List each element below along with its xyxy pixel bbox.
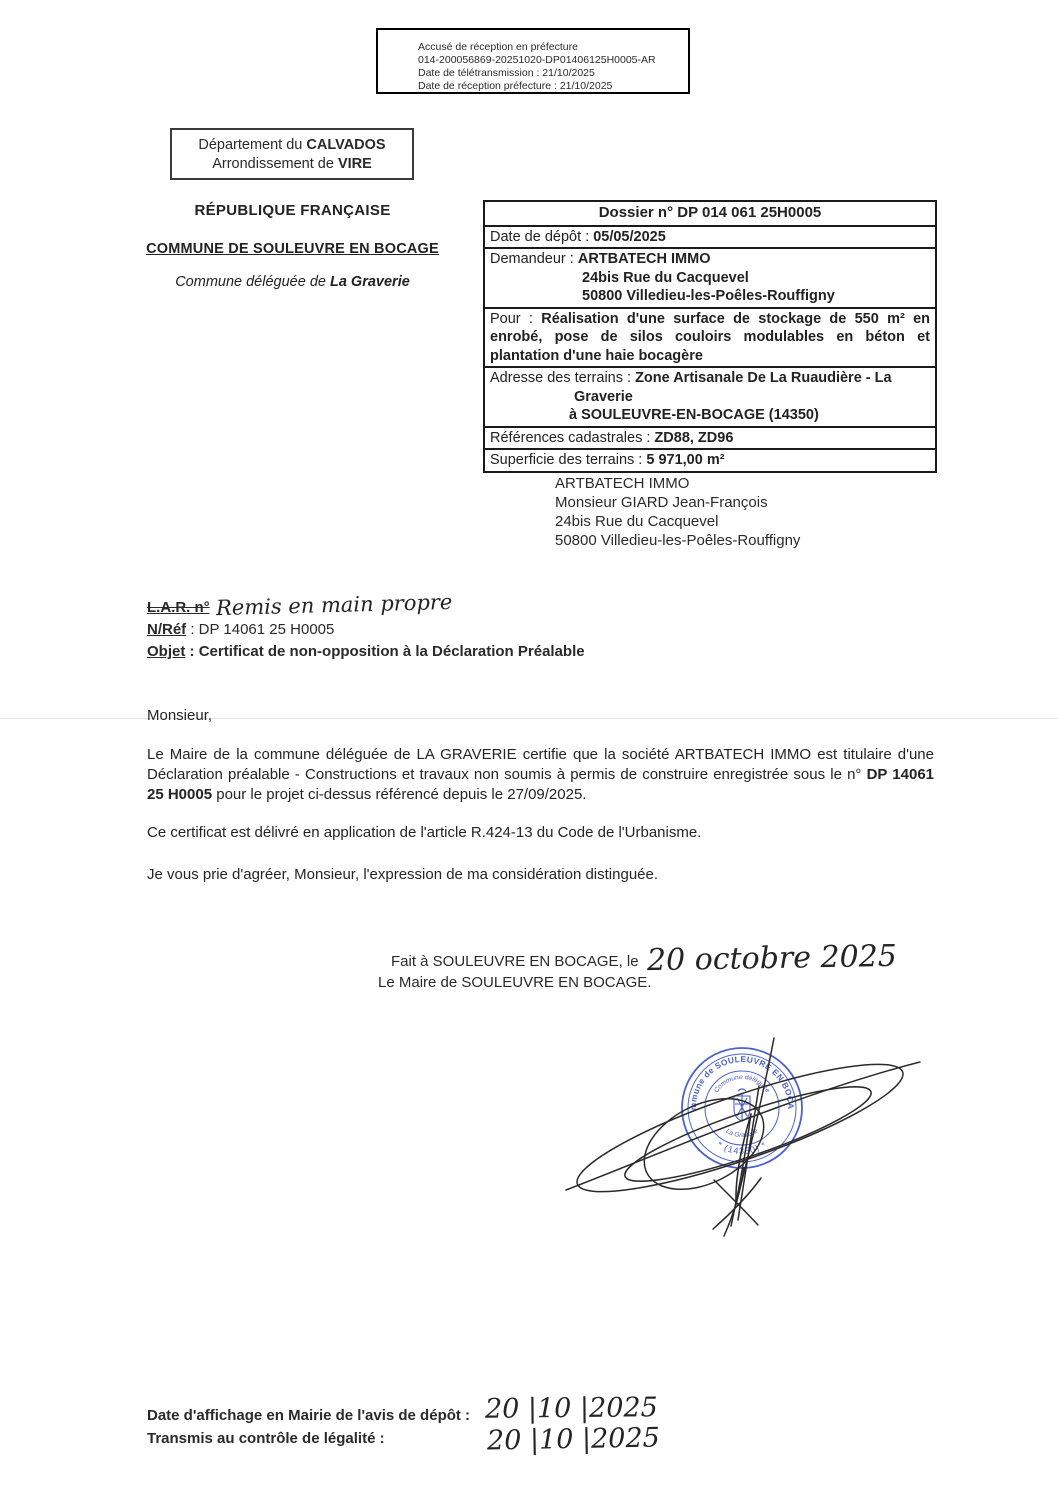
dossier-depot-row: Date de dépôt : 05/05/2025 xyxy=(485,225,935,248)
svg-text:Commune de SOULEUVRE EN BOCAGE: Commune de SOULEUVRE EN BOCAGE xyxy=(552,1028,796,1110)
letter-references: L.A.R. n°Remis en main propre N/Réf : DP… xyxy=(147,594,585,663)
fait-a-line: Fait à SOULEUVRE EN BOCAGE, le20 octobre… xyxy=(378,946,896,972)
municipal-stamp: Commune de SOULEUVRE EN BOCAGE * (14350)… xyxy=(552,1028,802,1168)
nref-line: N/Réf : DP 14061 25 H0005 xyxy=(147,619,585,641)
reception-line: 014-200056869-20251020-DP01406125H0005-A… xyxy=(418,54,680,67)
reception-line: Date de réception préfecture : 21/10/202… xyxy=(418,80,680,93)
dossier-number-header: Dossier n° DP 014 061 25H0005 xyxy=(485,202,935,225)
dossier-pour-row: Pour : Réalisation d'une surface de stoc… xyxy=(485,307,935,367)
recipient-address-block: ARTBATECH IMMO Monsieur GIARD Jean-Franç… xyxy=(555,474,800,550)
department-box: Département du CALVADOS Arrondissement d… xyxy=(170,128,414,180)
paragraph-article: Ce certificat est délivré en application… xyxy=(147,823,934,843)
recipient-line: 50800 Villedieu-les-Poêles-Rouffigny xyxy=(555,531,800,550)
stamp-and-signature: Commune de SOULEUVRE EN BOCAGE * (14350)… xyxy=(552,1028,942,1240)
paragraph-politesse: Je vous prie d'agréer, Monsieur, l'expre… xyxy=(147,865,934,885)
dossier-references-row: Références cadastrales : ZD88, ZD96 xyxy=(485,426,935,449)
transmis-label: Transmis au contrôle de légalité : xyxy=(147,1427,470,1450)
footer-labels: Date d'affichage en Mairie de l'avis de … xyxy=(147,1404,470,1450)
reception-line: Accusé de réception en préfecture xyxy=(418,41,680,54)
commune-deleguee-line: Commune déléguée de La Graverie xyxy=(135,274,450,290)
dossier-demandeur-row: Demandeur : ARTBATECH IMMO 24bis Rue du … xyxy=(485,247,935,307)
dossier-superficie-row: Superficie des terrains : 5 971,00 m² xyxy=(485,448,935,471)
arrondissement-line: Arrondissement de VIRE xyxy=(172,155,412,174)
recipient-line: Monsieur GIARD Jean-François xyxy=(555,493,800,512)
closing-block: Fait à SOULEUVRE EN BOCAGE, le20 octobre… xyxy=(378,946,896,993)
department-line: Département du CALVADOS xyxy=(172,136,412,155)
objet-line: Objet : Certificat de non-opposition à l… xyxy=(147,641,585,663)
dossier-table: Dossier n° DP 014 061 25H0005 Date de dé… xyxy=(483,200,937,473)
salutation: Monsieur, xyxy=(147,706,934,726)
republique-title: RÉPUBLIQUE FRANÇAISE xyxy=(135,202,450,219)
recipient-line: 24bis Rue du Cacquevel xyxy=(555,512,800,531)
stamp-ring-text-top: Commune de SOULEUVRE EN BOCAGE xyxy=(552,1028,796,1110)
reception-receipt-box: Accusé de réception en préfecture 014-20… xyxy=(376,28,690,94)
handwritten-date: 20 octobre 2025 xyxy=(646,946,896,971)
letterhead: RÉPUBLIQUE FRANÇAISE COMMUNE DE SOULEUVR… xyxy=(135,202,450,290)
affichage-label: Date d'affichage en Mairie de l'avis de … xyxy=(147,1404,470,1427)
handwritten-remise: Remis en main propre xyxy=(215,591,452,619)
recipient-line: ARTBATECH IMMO xyxy=(555,474,800,493)
reception-line: Date de télétransmission : 21/10/2025 xyxy=(418,67,680,80)
handwritten-affichage-date: 20 |10 |2025 xyxy=(485,1392,658,1425)
document-page: Accusé de réception en préfecture 014-20… xyxy=(0,0,1058,1496)
dossier-adresse-row: Adresse des terrains : Zone Artisanale D… xyxy=(485,366,935,426)
lar-line: L.A.R. n°Remis en main propre xyxy=(147,594,585,619)
commune-title: COMMUNE DE SOULEUVRE EN BOCAGE xyxy=(135,241,450,257)
handwritten-transmis-date: 20 |10 |2025 xyxy=(487,1422,660,1456)
paragraph-certification: Le Maire de la commune déléguée de LA GR… xyxy=(147,745,934,805)
